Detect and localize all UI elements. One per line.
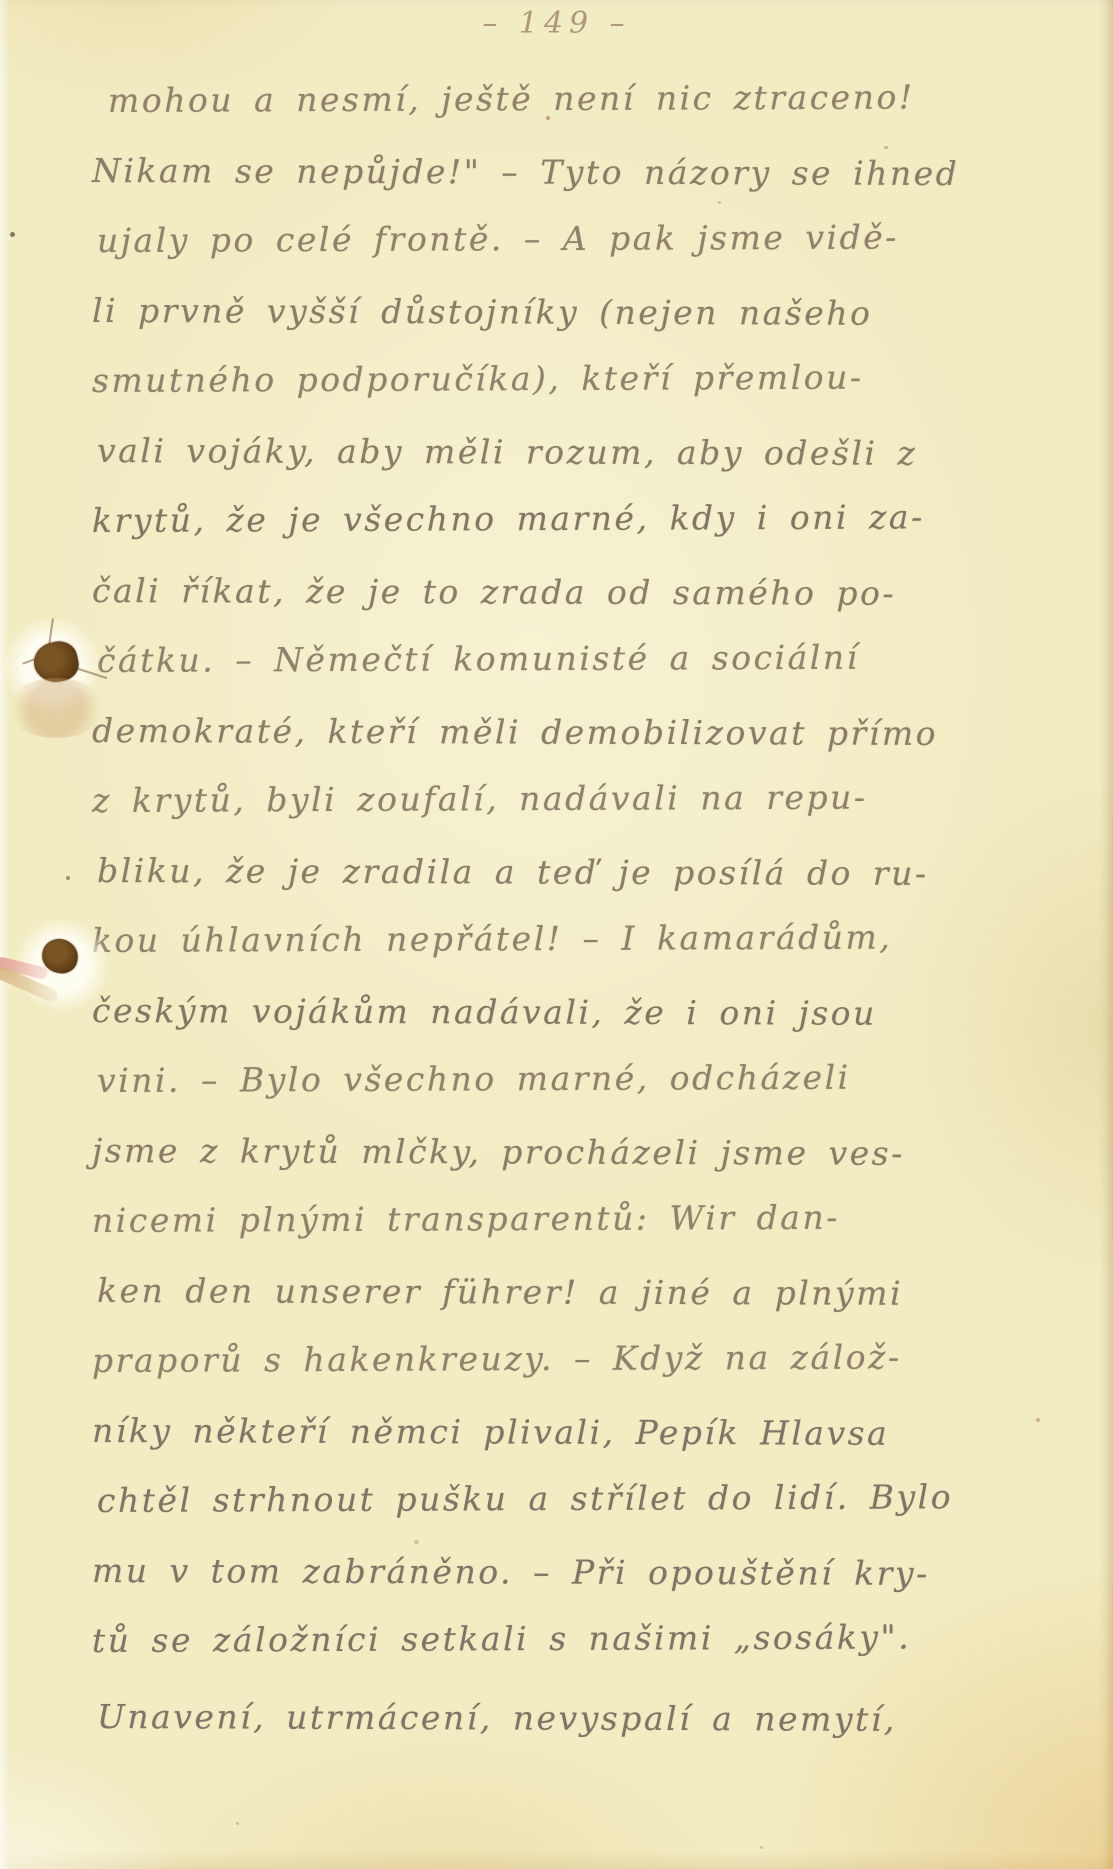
manuscript-line-14: českým vojákům nadávali, že i oni jsou bbox=[92, 976, 952, 1049]
manuscript-line-3: ujaly po celé frontě. – A pak jsme vidě- bbox=[97, 202, 952, 276]
manuscript-line-17: nicemi plnými transparentů: Wir dan- bbox=[92, 1182, 952, 1256]
paper-speck bbox=[884, 146, 888, 149]
paper-speck bbox=[10, 232, 15, 237]
paper-speck bbox=[66, 876, 70, 880]
manuscript-line-2: Nikam se nepůjde!" – Tyto názory se ihne… bbox=[92, 136, 952, 209]
manuscript-line-13: kou úhlavních nepřátel! – I kamarádům, bbox=[92, 902, 952, 976]
manuscript-line-20: níky někteří němci plivali, Pepík Hlavsa bbox=[92, 1396, 952, 1469]
manuscript-line-5: smutného podporučíka), kteří přemlou- bbox=[92, 342, 952, 416]
manuscript-line-21: chtěl strhnout pušku a střílet do lidí. … bbox=[97, 1462, 952, 1536]
manuscript-line-16: jsme z krytů mlčky, procházeli jsme ves- bbox=[92, 1116, 952, 1189]
paper-speck bbox=[236, 1822, 239, 1825]
manuscript-line-11: z krytů, byli zoufalí, nadávali na repu- bbox=[92, 762, 952, 836]
paper-speck bbox=[760, 1846, 763, 1849]
manuscript-line-23: tů se záložníci setkali s našimi „sosáky… bbox=[92, 1602, 952, 1676]
manuscript-line-18: ken den unserer führer! a jiné a plnými bbox=[97, 1256, 952, 1329]
manuscript-line-24: Unavení, utrmácení, nevyspalí a nemytí, bbox=[97, 1682, 952, 1755]
paper-smudge bbox=[6, 678, 106, 738]
manuscript-line-7: krytů, že je všechno marné, kdy i oni za… bbox=[92, 482, 952, 556]
manuscript-line-19: praporů s hakenkreuzy. – Když na zálož- bbox=[92, 1322, 952, 1396]
page-number: – 149 – bbox=[0, 6, 1113, 41]
paper-speck bbox=[546, 116, 550, 120]
manuscript-line-12: bliku, že je zradila a teď je posílá do … bbox=[97, 836, 952, 909]
paper-speck bbox=[718, 201, 721, 204]
manuscript-line-4: li prvně vyšší důstojníky (nejen našeho bbox=[92, 276, 952, 349]
manuscript-page: – 149 – mohou a nesmí, ještě není nic zt… bbox=[0, 0, 1113, 1869]
manuscript-line-1: mohou a nesmí, ještě není nic ztraceno! bbox=[108, 62, 952, 136]
manuscript-text-block: mohou a nesmí, ještě není nic ztraceno!N… bbox=[92, 66, 952, 1752]
manuscript-line-22: mu v tom zabráněno. – Při opouštění kry- bbox=[92, 1536, 952, 1609]
paper-speck bbox=[414, 1540, 419, 1544]
punch-hole-top bbox=[0, 600, 130, 740]
manuscript-line-10: demokraté, kteří měli demobilizovat přím… bbox=[92, 696, 952, 769]
manuscript-line-6: vali vojáky, aby měli rozum, aby odešli … bbox=[97, 416, 952, 489]
manuscript-line-15: vini. – Bylo všechno marné, odcházeli bbox=[97, 1042, 952, 1116]
manuscript-line-8: čali říkat, že je to zrada od samého po- bbox=[92, 556, 952, 629]
manuscript-line-9: čátku. – Němečtí komunisté a sociální bbox=[97, 622, 952, 696]
paper-speck bbox=[1036, 1418, 1040, 1422]
